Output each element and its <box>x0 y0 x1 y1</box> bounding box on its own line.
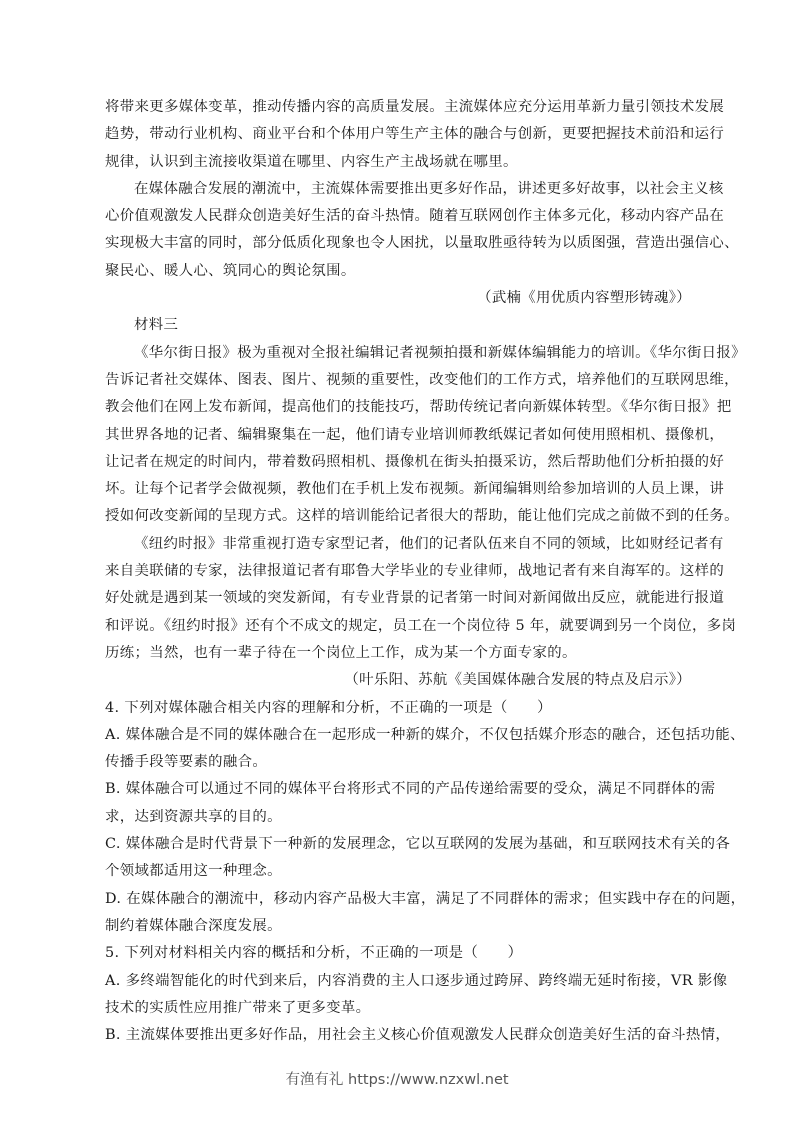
option-line: 传播手段等要素的融合。 <box>105 749 693 776</box>
option-line: 个领域都适用这一种理念。 <box>105 858 693 885</box>
text-line: 心价值观激发人民群众创造美好生活的奋斗热情。随着互联网创作主体多元化，移动内容产… <box>105 203 693 230</box>
option-line: A. 多终端智能化的时代到来后，内容消费的主人口逐步通过跨屏、跨终端无延时衔接，… <box>105 968 693 995</box>
question-4: 4. 下列对媒体融合相关内容的理解和分析，不正确的一项是（ ） A. 媒体融合是… <box>105 695 693 941</box>
text-line: 《纽约时报》非常重视打造专家型记者，他们的记者队伍来自不同的领域，比如财经记者有 <box>105 531 693 558</box>
text-line: 在媒体融合发展的潮流中，主流媒体需要推出更多好作品，讲述更多好故事，以社会主义核 <box>105 176 693 203</box>
text-line: 授如何改变新闻的呈现方式。这样的培训能给记者很大的帮助，能让他们完成之前做不到的… <box>105 503 693 530</box>
material3-paragraph-2: 《纽约时报》非常重视打造专家型记者，他们的记者队伍来自不同的领域，比如财经记者有… <box>105 531 693 667</box>
option-a: A. 多终端智能化的时代到来后，内容消费的主人口逐步通过跨屏、跨终端无延时衔接，… <box>105 968 693 1023</box>
option-line: B. 主流媒体要推出更多好作品，用社会主义核心价值观激发人民群众创造美好生活的奋… <box>105 1022 693 1049</box>
material2-source: （武楠《用优质内容塑形铸魂》） <box>105 285 693 312</box>
option-line: 制约着媒体融合深度发展。 <box>105 913 693 940</box>
question-stem: 4. 下列对媒体融合相关内容的理解和分析，不正确的一项是（ ） <box>105 695 693 722</box>
text-line: 其世界各地的记者、编辑聚集在一起，他们请专业培训师教纸媒记者如何使用照相机、摄像… <box>105 422 693 449</box>
text-line: 历练；当然，也有一辈子待在一个岗位上工作，成为某一个方面专家的。 <box>105 640 693 667</box>
material2-paragraph-2: 在媒体融合发展的潮流中，主流媒体需要推出更多好作品，讲述更多好故事，以社会主义核… <box>105 176 693 285</box>
text-line: 实现极大丰富的同时，部分低质化现象也令人困扰，以量取胜亟待转为以质图强，营造出强… <box>105 230 693 257</box>
option-line: A. 媒体融合是不同的媒体融合在一起形成一种新的媒介，不仅包括媒介形态的融合，还… <box>105 722 693 749</box>
option-a: A. 媒体融合是不同的媒体融合在一起形成一种新的媒介，不仅包括媒介形态的融合，还… <box>105 722 693 777</box>
option-line: 技术的实质性应用推广带来了更多变革。 <box>105 995 693 1022</box>
text-line: 规律，认识到主流接收渠道在哪里、内容生产主战场就在哪里。 <box>105 149 693 176</box>
option-d: D. 在媒体融合的潮流中，移动内容产品极大丰富，满足了不同群体的需求；但实践中存… <box>105 886 693 941</box>
text-line: 好处就是遇到某一领域的突发新闻，有专业背景的记者第一时间对新闻做出反应，就能进行… <box>105 585 693 612</box>
question-stem: 5. 下列对材料相关内容的概括和分析，不正确的一项是（ ） <box>105 940 693 967</box>
material3-paragraph-1: 《华尔街日报》极为重视对全报社编辑记者视频拍摄和新媒体编辑能力的培训。《华尔街日… <box>105 340 693 531</box>
text-line: 《华尔街日报》极为重视对全报社编辑记者视频拍摄和新媒体编辑能力的培训。《华尔街日… <box>105 340 693 367</box>
option-b: B. 媒体融合可以通过不同的媒体平台将形式不同的产品传递给需要的受众，满足不同群… <box>105 776 693 831</box>
text-line: 来自美联储的专家，法律报道记者有耶鲁大学毕业的专业律师，战地记者有来自海军的。这… <box>105 558 693 585</box>
material2-tail-paragraph: 将带来更多媒体变革，推动传播内容的高质量发展。主流媒体应充分运用革新力量引领技术… <box>105 94 693 176</box>
material3-heading: 材料三 <box>105 312 693 339</box>
text-line: 让记者在规定的时间内，带着数码照相机、摄像机在街头拍摄采访，然后帮助他们分析拍摄… <box>105 449 693 476</box>
option-line: C. 媒体融合是时代背景下一种新的发展理念，它以互联网的发展为基础，和互联网技术… <box>105 831 693 858</box>
option-line: 求，达到资源共享的目的。 <box>105 804 693 831</box>
watermark-footer: 有渔有礼 https://www.nzxwl.net <box>0 1068 794 1089</box>
material3-source: （叶乐阳、苏航《美国媒体融合发展的特点及启示》） <box>105 667 693 694</box>
option-line: B. 媒体融合可以通过不同的媒体平台将形式不同的产品传递给需要的受众，满足不同群… <box>105 776 693 803</box>
option-b: B. 主流媒体要推出更多好作品，用社会主义核心价值观激发人民群众创造美好生活的奋… <box>105 1022 693 1049</box>
text-line: 教会他们在网上发布新闻，提高他们的技能技巧，帮助传统记者向新媒体转型。《华尔街日… <box>105 394 693 421</box>
text-line: 将带来更多媒体变革，推动传播内容的高质量发展。主流媒体应充分运用革新力量引领技术… <box>105 94 693 121</box>
text-line: 坏。让每个记者学会做视频，教他们在手机上发布视频。新闻编辑则给参加培训的人员上课… <box>105 476 693 503</box>
text-line: 告诉记者社交媒体、图表、图片、视频的重要性，改变他们的工作方式，培养他们的互联网… <box>105 367 693 394</box>
text-line: 和评说。《纽约时报》还有个不成文的规定，员工在一个岗位待 5 年，就要调到另一个… <box>105 613 693 640</box>
option-line: D. 在媒体融合的潮流中，移动内容产品极大丰富，满足了不同群体的需求；但实践中存… <box>105 886 693 913</box>
document-page: 将带来更多媒体变革，推动传播内容的高质量发展。主流媒体应充分运用革新力量引领技术… <box>105 94 693 1049</box>
question-5: 5. 下列对材料相关内容的概括和分析，不正确的一项是（ ） A. 多终端智能化的… <box>105 940 693 1049</box>
text-line: 趋势，带动行业机构、商业平台和个体用户等生产主体的融合与创新，更要把握技术前沿和… <box>105 121 693 148</box>
option-c: C. 媒体融合是时代背景下一种新的发展理念，它以互联网的发展为基础，和互联网技术… <box>105 831 693 886</box>
text-line: 聚民心、暖人心、筑同心的舆论氛围。 <box>105 258 693 285</box>
